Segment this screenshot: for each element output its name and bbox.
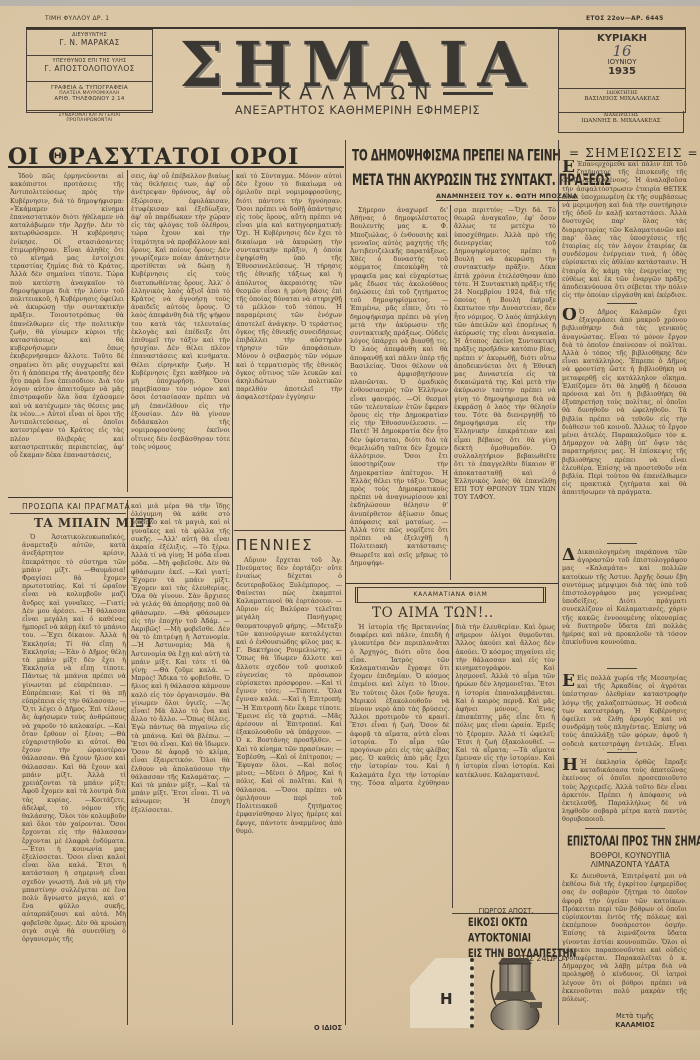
referendum-headline-line1: ΤΟ ΔΗΜΟΨΗΦΙΣΜΑ ΠΡΕΠΕΙ ΝΑ ΓΕΙΝΗ — [352, 143, 557, 167]
referendum-col2-text: σμα περιττόν; —Ὄχι δά. Τὸ θεωρῶ ἀναγκαῖο… — [454, 206, 556, 501]
pennies-top-rule — [234, 530, 345, 531]
section-head-rule — [10, 513, 126, 514]
film-headline: ΤΟ ΑΙΜΑ ΤΩΝ!.. — [372, 605, 494, 621]
referendum-col1-text: Σήμερον ἀναχωρεῖ δι' Ἀθήνας ὁ δημοφιλέστ… — [350, 206, 448, 567]
dropcap-d: Δ — [562, 548, 575, 563]
phone-number: ΑΡΙΘ. ΤΗΛΕΦΩΝΟΥ 2.14 — [27, 96, 152, 102]
scan-bottom-margin — [0, 1030, 700, 1060]
column-divider — [127, 500, 128, 1025]
letters-subheading: ΒΟΘΡΟΙ, ΚΟΥΝΟΥΠΙΑ ΛΙΜΝΑΖΟΝΤΑ ΥΔΑΤΑ — [575, 851, 685, 869]
month: ΙΟΥΝΙΟΥ — [559, 58, 685, 66]
film-text: Ἡ ἱστορία τῆς Βρεταννίας διαφέρει καὶ πά… — [350, 623, 555, 787]
day-handwritten: 16 — [559, 44, 685, 58]
lead-headline-rule — [8, 166, 344, 168]
budapest-body-fragment — [520, 968, 556, 1023]
lead-col3-text: καὶ τὸ Σύνταγμα. Μόνον αὐτοὶ δὲν ἔχουν τ… — [236, 172, 342, 402]
note-1-text: Ἐπανερχόμεθα καὶ πάλιν ἐπὶ τοῦ ζητήματος… — [562, 160, 687, 300]
subtitle-text: ΚΑΛΑΜΩΝ — [278, 82, 438, 104]
column-divider — [127, 170, 128, 492]
section-rule — [8, 497, 233, 498]
lead-article-col1: Ἰδοὺ πῶς ἑρμηνεύονται αἱ κακόπιστοι προτ… — [10, 172, 124, 492]
year: 1935 — [559, 66, 685, 77]
note-3-text: Δικαιολογημένη παράπονα τῶν ἀγοραστῶν το… — [562, 548, 687, 646]
pennies-headline: ΠΕΝΝΙΕΣ — [236, 536, 313, 554]
persons-things-col2-text: καὶ μιὰ μέρα θὰ τὴν ἴδῃς ὁλόγυμνη θὰ κάθ… — [131, 502, 230, 814]
referendum-col1: Σήμερον ἀναχωρεῖ δι' Ἀθήνας ὁ δημοφιλέστ… — [350, 206, 448, 581]
referendum-headline: ΤΟ ΔΗΜΟΨΗΦΙΣΜΑ ΠΡΕΠΕΙ ΝΑ ΓΕΙΝΗ ΜΕΤΑ ΤΗΝ … — [352, 143, 557, 192]
pennies-text: Αὔριον ἔρχεται τοῦ Ἁγ. Πνεύματος δὲν ἐορ… — [236, 556, 342, 835]
director-name: Γ. Ν. ΜΑΡΑΚΑΣ — [27, 38, 152, 47]
notes-section-label: = ΣΗΜΕΙΩΣΕΙΣ = — [569, 146, 699, 160]
note-5: ΗἩ ἐκκλησία ὀρθῶς ἔπραξε καταδικάσασα το… — [562, 758, 687, 824]
masthead-right-box: ΚΥΡΙΑΚΗ 16 ΙΟΥΝΙΟΥ 1935 ΙΔΙΟΚΤΗΤΗΣ ΒΑΣΙΛ… — [558, 29, 686, 113]
stamp-letter: Η — [440, 990, 453, 1008]
film-section-label: ΚΑΛΑΜΑΤΙΑΝΑ ΦΙΛΜ — [355, 587, 546, 603]
section-rule — [346, 583, 558, 584]
note-1: ΕἘπανερχόμεθα καὶ πάλιν ἐπὶ τοῦ ζητήματο… — [562, 160, 687, 300]
budapest-top-rule — [452, 913, 558, 914]
dropcap-e: Ε — [562, 160, 575, 175]
note-2: ΟὉ Δῆμος Καλαμῶν ἔχει ἐξαγοράσει ἀπὸ μακ… — [562, 308, 687, 540]
masthead-left-box: ΔΙΕΥΘΥΝΤΗΣ Γ. Ν. ΜΑΡΑΚΑΣ ΥΠΕΥΘΥΝΟΣ ΕΠΙ Τ… — [26, 29, 153, 113]
pennies-body: Αὔριον ἔρχεται τοῦ Ἁγ. Πνεύματος δὲν ἐορ… — [236, 556, 342, 1001]
manager-name: ΙΩΑΝΝΗΣ Β. ΜΙΧΑΛΑΚΕΑΣ — [559, 118, 683, 124]
lead-col1-text: Ἰδοὺ πῶς ἑρμηνεύονται αἱ κακόπιστοι προτ… — [10, 172, 124, 459]
letters-body: Κε Διευθυντά, Ἐπιτρέψατέ μοι νὰ ἐκθέσω δ… — [562, 872, 687, 1010]
persons-things-col2: καὶ μιὰ μέρα θὰ τὴν ἴδῃς ὁλόγυμνη θὰ κάθ… — [131, 502, 230, 1022]
note-2-text: Ὁ Δῆμος Καλαμῶν ἔχει ἐξαγοράσει ἀπὸ μακρ… — [562, 308, 687, 496]
note-divider — [607, 543, 637, 544]
note-divider — [607, 752, 637, 753]
year-issue-label: ΕΤΟΣ 22ον—ΑΡ. 6445 — [586, 15, 664, 22]
lead-article-col2: σεις, ἀφ' οὗ ἐπέβαλλον βιαίως τὰς θελήσε… — [131, 172, 230, 492]
letters-text: Κε Διευθυντά, Ἐπιτρέψατέ μοι νὰ ἐκθέσω δ… — [562, 872, 687, 1003]
scan-top-edge — [0, 0, 700, 6]
letters-closing: Μετὰ τιμῆς — [600, 1012, 670, 1020]
dropcap-h: Η — [562, 758, 578, 773]
newspaper-tagline: ΑΝΕΞΑΡΤΗΤΟΣ ΚΑΘΗΜΕΡΙΝΗ ΕΦΗΜΕΡΙΣ — [165, 103, 550, 117]
note-4: ΕΕἰς πολλὰ χωρία τῆς Μεσσηνίας καὶ τῆς Ἀ… — [562, 674, 687, 750]
editor-name: Γ. ΑΠΟΣΤΟΛΟΠΟΥΛΟΣ — [27, 64, 152, 73]
subtitle-left-dash — [222, 92, 272, 95]
letters-section-label: ΕΠΙΣΤΟΛΑΙ ΠΡΟΣ ΤΗΝ ΣΗΜΑΙΑΝ — [567, 835, 700, 850]
column-divider — [558, 140, 559, 1025]
subscriptions-line2: ΠΡΟΠΛΗΡΩΝΟΝΤΑΙ — [27, 118, 152, 123]
persons-things-section-label: ΠΡΟΣΩΠΑ ΚΑΙ ΠΡΑΓΜΑΤΑ — [22, 502, 130, 511]
subtitle-right-dash — [443, 92, 493, 95]
lead-col2-text: σεις, ἀφ' οὗ ἐπέβαλλον βιαίως τὰς θελήσε… — [131, 172, 230, 451]
price-label: ΤΙΜΗ ΦΥΛΛΟΥ ΔΡ. 1 — [45, 15, 109, 22]
dropcap-e2: Ε — [562, 674, 575, 689]
dropcap-o: Ο — [562, 308, 577, 323]
referendum-col2: σμα περιττόν; —Ὄχι δά. Τὸ θεωρῶ ἀναγκαῖο… — [454, 206, 556, 576]
column-divider — [232, 170, 233, 1025]
note-5-text: Ἡ ἐκκλησία ὀρθῶς ἔπραξε καταδικάσασα τοὺ… — [562, 758, 687, 823]
film-body: Ἡ ἱστορία τῆς Βρεταννίας διαφέρει καὶ πά… — [350, 623, 555, 908]
note-3: ΔΔικαιολογημένη παράπονα τῶν ἀγοραστῶν τ… — [562, 548, 687, 668]
lead-article-col3: καὶ τὸ Σύνταγμα. Μόνον αὐτοὶ δὲν ἔχουν τ… — [236, 172, 342, 497]
persons-things-col1: Ὁ Ἀσιατικολευκωπαϊκός, ἀναμεταξὺ αὐτῶν, … — [22, 533, 126, 1023]
referendum-headline-line2: ΜΕΤΑ ΤΗΝ ΑΚΥΡΩΣΙΝ ΤΗΣ ΣΥΝΤΑΚΤ. ΠΡΑΞΕΩΣ — [352, 167, 557, 191]
note-divider — [585, 828, 665, 829]
referendum-byline: ΑΝΑΜΝΗΣΕΙΣ ΤΟΥ κ. ΦΩΤΗ ΜΠΟΖΑΝΑ — [436, 192, 578, 201]
notes-label-text: ΣΗΜΕΙΩΣΕΙΣ — [585, 146, 682, 161]
note-divider — [607, 303, 637, 304]
letters-signature: ΚΑΛΑΜΙΟΣ — [600, 1021, 670, 1029]
newspaper-subtitle: ΚΑΛΑΜΩΝ — [165, 82, 550, 104]
note-divider — [607, 668, 637, 669]
manager-box: ΔΙΑΧΕΙΡΙΣΤΗΣ ΙΩΑΝΝΗΣ Β. ΜΙΧΑΛΑΚΕΑΣ — [558, 111, 684, 133]
persons-things-col1-text: Ὁ Ἀσιατικολευκωπαϊκός, ἀναμεταξὺ αὐτῶν, … — [22, 533, 126, 943]
owner-name: ΒΑΣΙΛΕΙΟΣ ΜΙΧΑΛΑΚΕΑΣ — [559, 96, 685, 102]
note-4-text: Εἰς πολλὰ χωρία τῆς Μεσσηνίας καὶ τῆς Ἀρ… — [562, 674, 687, 750]
column-divider — [450, 205, 451, 580]
